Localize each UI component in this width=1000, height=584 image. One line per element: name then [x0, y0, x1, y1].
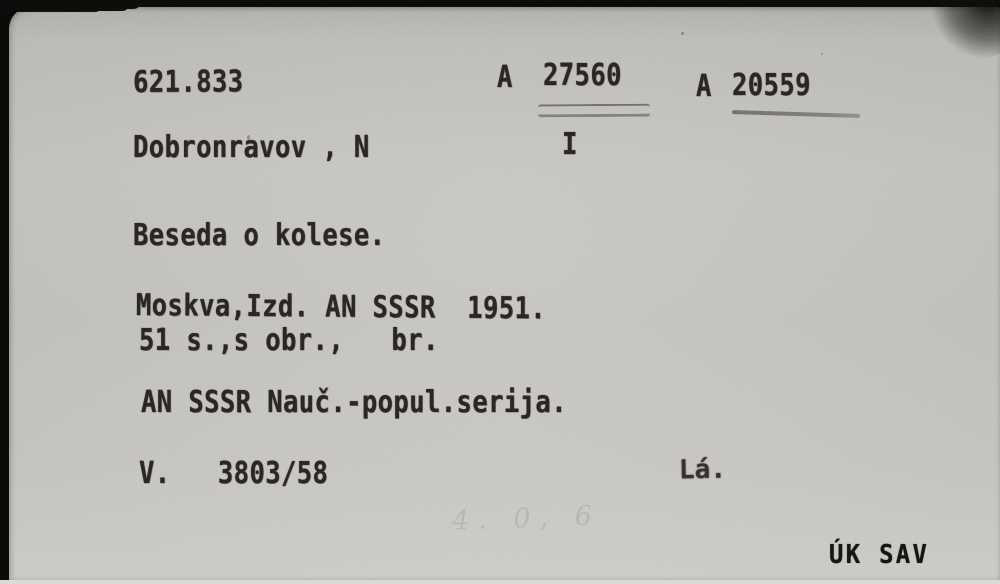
imprint-line-1: Moskva,Izd. AN SSSR 1951. [136, 291, 546, 324]
accession-prefix-1: A [497, 63, 513, 93]
dust-speck [247, 135, 250, 140]
title-line: Beseda o kolese. [133, 221, 385, 251]
pencil-annotation: 4. 0, 6 [452, 500, 602, 536]
dust-speck [681, 32, 684, 35]
imprint-line-2: 51 s.,s obr., br. [139, 326, 439, 356]
scan-left-edge [0, 0, 9, 584]
cataloguer-initials: Lá. [679, 456, 726, 485]
library-stamp: ÚK SAV [829, 541, 929, 569]
accession-number-1: 27560 [543, 61, 622, 91]
series-line: AN SSSR Nauč.-popul.serija. [141, 388, 567, 418]
scan-top-edge [0, 0, 1000, 7]
accession-prefix-2: A [696, 72, 712, 102]
accession-number-2: 20559 [732, 71, 811, 101]
dust-speck [821, 53, 823, 55]
scan-bottom-strip [0, 580, 1000, 584]
copy-mark: I [562, 130, 578, 160]
dust-speck [344, 243, 347, 247]
author-line: Dobronravov , N [133, 133, 370, 163]
classification-number: 621.833 [133, 67, 244, 98]
call-number: V. 3803/58 [139, 459, 328, 489]
torn-edge-fragment [0, 0, 142, 9]
scanned-catalog-card: 621.833 A 27560 A 20559 I Dobronravov , … [0, 0, 1000, 584]
